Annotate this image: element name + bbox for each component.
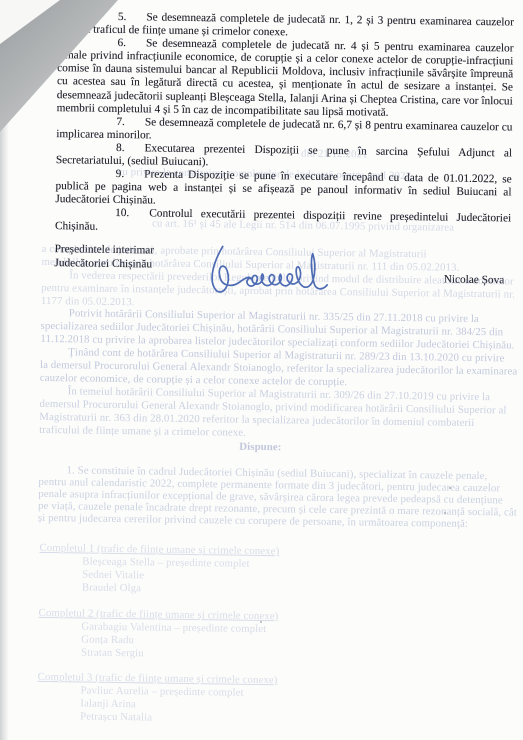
signature-ink	[204, 238, 337, 304]
bleed-through-line: Petrașcu Natalia	[80, 711, 152, 724]
bleed-through-list-header: Completul 3 (trafic de ființe umane și c…	[38, 671, 278, 686]
bleed-through-list-header: Completul 2 (trafic de ființe umane și c…	[39, 607, 279, 622]
bleed-through-line: Ialanji Arina	[80, 698, 136, 711]
ink-speck	[449, 487, 451, 489]
bleed-through-line: din 21.12.2021	[301, 148, 368, 161]
ink-speck	[444, 512, 446, 514]
bleed-through-line: Pavliuc Aurelia – președinte complet	[80, 685, 243, 699]
bleed-through-layer: din 21.12.2021 cu privire la constituire…	[0, 0, 523, 740]
bleed-through-line: 1177 din 05.02.2013.	[41, 295, 135, 308]
bleed-through-line: Stratan Sergiu	[81, 647, 144, 660]
bleed-through-line: traficului de ființe umane și a crimelor…	[39, 424, 246, 439]
bleed-through-line: Braudel Olga	[82, 582, 141, 595]
scanned-document-page: din 21.12.2021 cu privire la constituire…	[0, 0, 523, 740]
bleed-through-list-header: Completul 1 (trafic de ființe umane și c…	[39, 542, 279, 557]
bleed-through-line: Sednei Vitalie	[82, 569, 144, 582]
bleed-through-line: Garabagiu Valentina – președinte complet	[81, 621, 266, 636]
bleed-through-line: cu art. 16¹ și 45 ale Legii nr. 514 din …	[152, 217, 454, 233]
bleed-through-line: Gonța Radu	[81, 634, 134, 647]
bleed-through-line: Bleșceaga Stella – președinte complet	[82, 556, 250, 570]
bleed-through-line: cu privire la constituirea completelor d…	[117, 166, 411, 182]
ink-speck	[260, 621, 262, 623]
scan-content: din 21.12.2021 cu privire la constituire…	[0, 0, 523, 740]
bleed-through-heading: Dispune:	[239, 441, 281, 454]
